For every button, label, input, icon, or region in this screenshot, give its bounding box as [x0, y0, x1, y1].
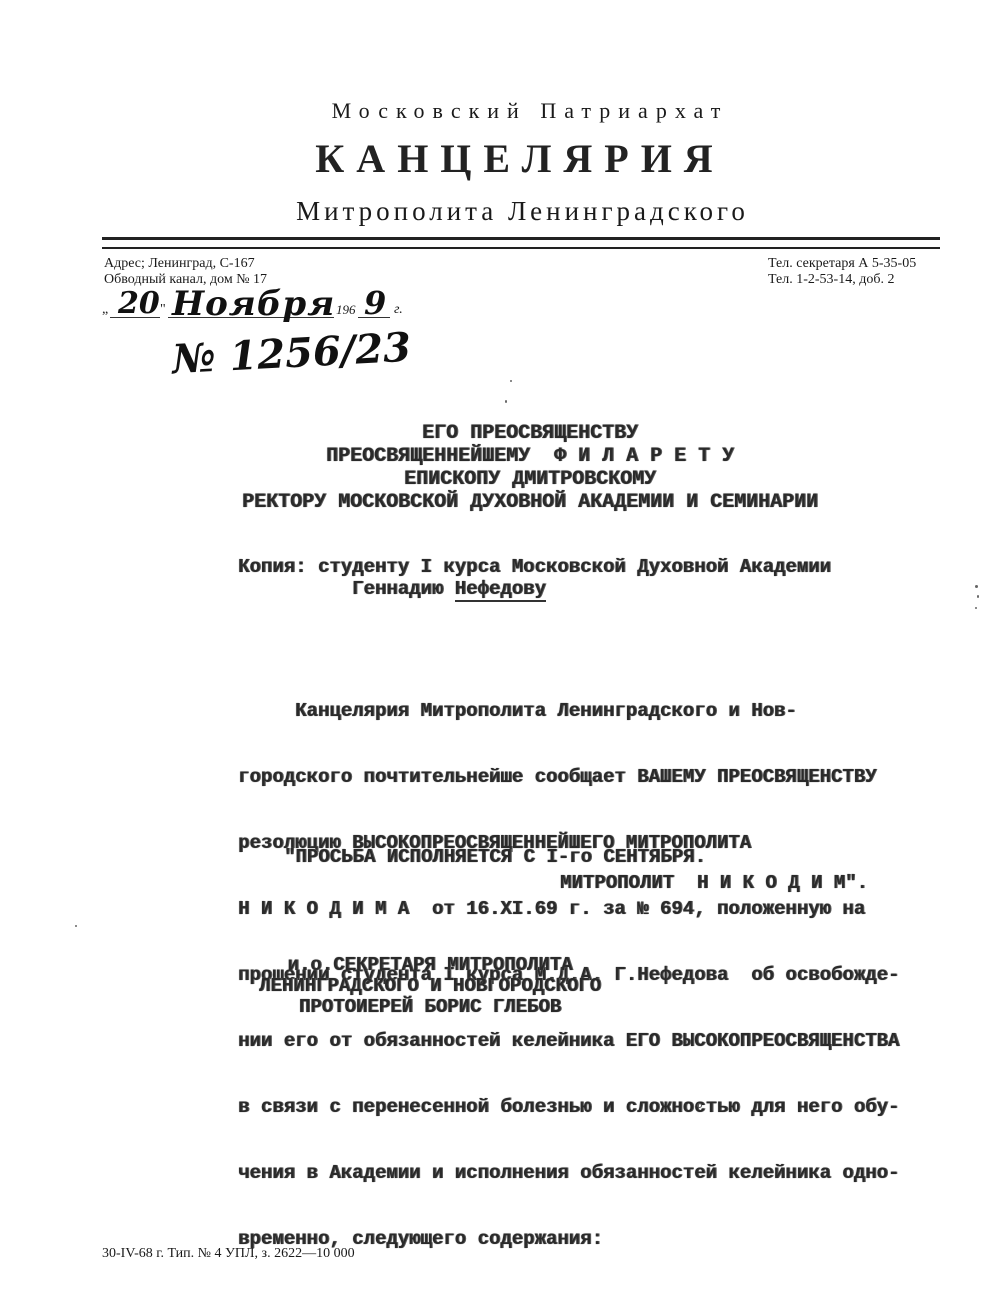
- date-quote-open: „: [102, 302, 108, 318]
- letterhead-double-rule: [102, 237, 940, 249]
- copy-recipient-name: Нефедову: [455, 578, 546, 602]
- addressee-line: РЕКТОРУ МОСКОВСКОЙ ДУХОВНОЙ АКАДЕМИИ И С…: [0, 491, 1000, 514]
- scan-speck: [975, 585, 978, 588]
- scan-speck: [505, 400, 507, 403]
- signature-line: ЛЕНИНГРАДСКОГО И НОВГОРОДСКОГО: [250, 976, 610, 997]
- signature-block: и.о.СЕКРЕТАРЯ МИТРОПОЛИТА ЛЕНИНГРАДСКОГО…: [250, 955, 610, 1018]
- copy-line-2-prefix: Геннадию: [238, 578, 455, 600]
- body-line: чения в Академии и исполнения обязанност…: [238, 1162, 899, 1184]
- signature-line: и.о.СЕКРЕТАРЯ МИТРОПОЛИТА: [250, 955, 610, 976]
- signature-line: ПРОТОИЕРЕЙ БОРИС ГЛЕБОВ: [250, 997, 610, 1018]
- letterhead-patriarchate: Московский Патриархат: [0, 98, 1000, 124]
- resolution-signature: МИТРОПОЛИТ Н И К О Д И М".: [560, 872, 868, 894]
- scan-speck: [510, 380, 512, 382]
- date-year-suffix: г.: [394, 302, 403, 318]
- phone-line-1: Тел. секретаря А 5-35-05: [768, 256, 916, 272]
- body-line: в связи с перенесенной болезнью и сложно…: [238, 1096, 899, 1118]
- registration-number-handwritten: № 1256/23: [171, 324, 412, 383]
- date-month-handwritten: Ноября: [172, 284, 335, 324]
- scan-speck: [975, 607, 977, 609]
- letterhead-metropolitan: Митрополита Ленинградского: [0, 196, 1000, 227]
- copy-line-2: Геннадию Нефедову: [238, 578, 831, 600]
- printer-imprint: 30-IV-68 г. Тип. № 4 УПЛ, з. 2622—10 000: [102, 1246, 355, 1262]
- body-line: городского почтительнейше сообщает ВАШЕМ…: [238, 766, 899, 788]
- address-line-1: Адрес; Ленинград, С-167: [104, 256, 267, 272]
- scan-speck: [977, 595, 979, 598]
- copy-line-1: Копия: студенту I курса Московской Духов…: [238, 556, 831, 578]
- addressee-line: ЕПИСКОПУ ДМИТРОВСКОМУ: [0, 468, 1000, 491]
- date-year-digit-handwritten: 9: [364, 284, 386, 322]
- addressee-line: ЕГО ПРЕОСВЯЩЕНСТВУ: [0, 422, 1000, 445]
- date-field: „ 20 " Ноября 196 9 г.: [102, 290, 402, 322]
- body-line: нии его от обязанностей келейника ЕГО ВЫ…: [238, 1030, 899, 1052]
- scan-speck: [697, 1103, 702, 1108]
- resolution-text: "ПРОСЬБА ИСПОЛНЯЕТСЯ С I-го СЕНТЯБРЯ.: [284, 846, 706, 868]
- letterhead-chancery: КАНЦЕЛЯРИЯ: [0, 135, 1000, 182]
- addressee-block: ЕГО ПРЕОСВЯЩЕНСТВУ ПРЕОСВЯЩЕННЕЙШЕМУ Ф И…: [0, 422, 1000, 514]
- addressee-line: ПРЕОСВЯЩЕННЕЙШЕМУ Ф И Л А Р Е Т У: [0, 445, 1000, 468]
- body-line: Н И К О Д И М А от 16.XI.69 г. за № 694,…: [238, 898, 899, 920]
- date-year-prefix: 196: [336, 302, 356, 318]
- scan-speck: [75, 925, 77, 927]
- copy-recipient-block: Копия: студенту I курса Московской Духов…: [238, 556, 831, 600]
- date-quote-close: ": [160, 302, 166, 318]
- date-day-handwritten: 20: [118, 286, 160, 321]
- body-line: Канцелярия Митрополита Ленинградского и …: [238, 700, 899, 722]
- phone-block: Тел. секретаря А 5-35-05 Тел. 1-2-53-14,…: [768, 256, 916, 288]
- phone-line-2: Тел. 1-2-53-14, доб. 2: [768, 272, 916, 288]
